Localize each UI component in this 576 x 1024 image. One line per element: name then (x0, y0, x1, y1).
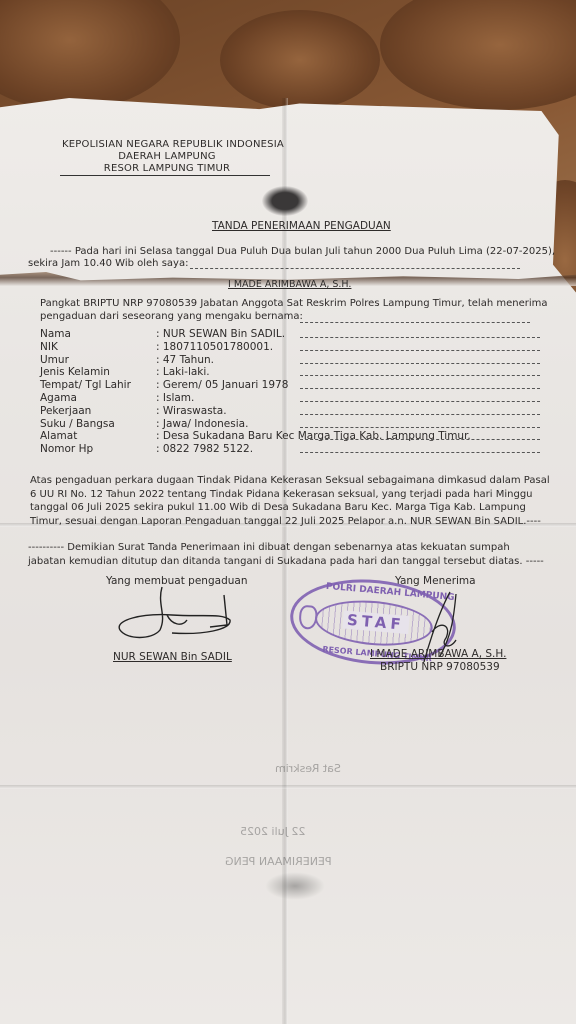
field-value: : 1807110501780001. (156, 341, 273, 353)
field-label: Pekerjaan (40, 405, 91, 417)
dotted-fill (300, 401, 540, 402)
dotted-fill (300, 322, 530, 323)
body-paragraph-line: tanggal 06 Juli 2025 sekira pukul 11.00 … (30, 501, 526, 514)
header-line-3: RESOR LAMPUNG TIMUR (62, 162, 272, 175)
field-label: Agama (40, 392, 77, 404)
body-paragraph-line: Timur, sesuai dengan Laporan Pengaduan t… (30, 515, 541, 528)
left-signature-name: NUR SEWAN Bin SADIL (113, 651, 232, 664)
body-paragraph-line: 6 UU RI No. 12 Tahun 2022 tentang Tindak… (30, 488, 533, 501)
intro-line-2: sekira Jam 10.40 Wib oleh saya: (28, 257, 188, 270)
police-crest-icon (262, 186, 308, 216)
bleed-through-text: Sat Reskrim (275, 762, 341, 775)
signature-left (112, 585, 242, 645)
wood-carving (0, 0, 180, 110)
field-value: : NUR SEWAN Bin SADIL. (156, 328, 285, 340)
dotted-fill (300, 363, 540, 364)
field-value: : 47 Tahun. (156, 354, 214, 366)
header-underline (60, 175, 270, 176)
field-label: NIK (40, 341, 58, 353)
right-signature-name: I MADE ARIMBAWA A, S.H. (370, 648, 506, 661)
bleed-through-text: 22 Juli 2025 (240, 825, 305, 838)
body-paragraph-line: Atas pengaduan perkara dugaan Tindak Pid… (30, 474, 550, 487)
field-label: Nomor Hp (40, 443, 93, 455)
right-signature-rank: BRIPTU NRP 97080539 (380, 661, 500, 674)
document-title: TANDA PENERIMAAN PENGADUAN (212, 220, 391, 233)
field-value: : Desa Sukadana Baru Kec Marga Tiga Kab.… (156, 430, 471, 442)
field-label: Nama (40, 328, 71, 340)
bleed-through-text: PENERIMAAN PENG (225, 855, 332, 868)
dotted-fill (300, 337, 540, 338)
dotted-fill (300, 427, 540, 428)
dotted-fill (300, 375, 540, 376)
bleed-through-crest (265, 872, 325, 900)
field-label: Alamat (40, 430, 77, 442)
wood-carving (380, 0, 576, 110)
field-value: : 0822 7982 5122. (156, 443, 253, 455)
field-value: : Gerem/ 05 Januari 1978 (156, 379, 288, 391)
stamp-emblem-icon (298, 605, 318, 630)
intro-line-3: Pangkat BRIPTU NRP 97080539 Jabatan Angg… (40, 297, 547, 310)
field-value: : Jawa/ Indonesia. (156, 418, 248, 430)
officer-name: I MADE ARIMBAWA A, S.H. (228, 278, 351, 291)
field-value: : Laki-laki. (156, 366, 210, 378)
field-value: : Islam. (156, 392, 194, 404)
closing-paragraph-line: jabatan kemudian ditutup dan ditanda tan… (28, 555, 544, 568)
dotted-fill (300, 388, 540, 389)
field-label: Suku / Bangsa (40, 418, 115, 430)
dotted-fill (190, 268, 520, 269)
dotted-fill (300, 452, 540, 453)
dotted-fill (300, 350, 540, 351)
closing-paragraph-line: ---------- Demikian Surat Tanda Penerima… (28, 541, 510, 554)
dotted-fill (300, 439, 540, 440)
dotted-fill (300, 414, 540, 415)
fold-line (0, 785, 576, 789)
field-label: Jenis Kelamin (40, 366, 110, 378)
field-label: Umur (40, 354, 69, 366)
field-label: Tempat/ Tgl Lahir (40, 379, 131, 391)
field-value: : Wiraswasta. (156, 405, 227, 417)
wood-carving (220, 10, 380, 110)
intro-line-4: pengaduan dari seseorang yang mengaku be… (40, 310, 303, 323)
